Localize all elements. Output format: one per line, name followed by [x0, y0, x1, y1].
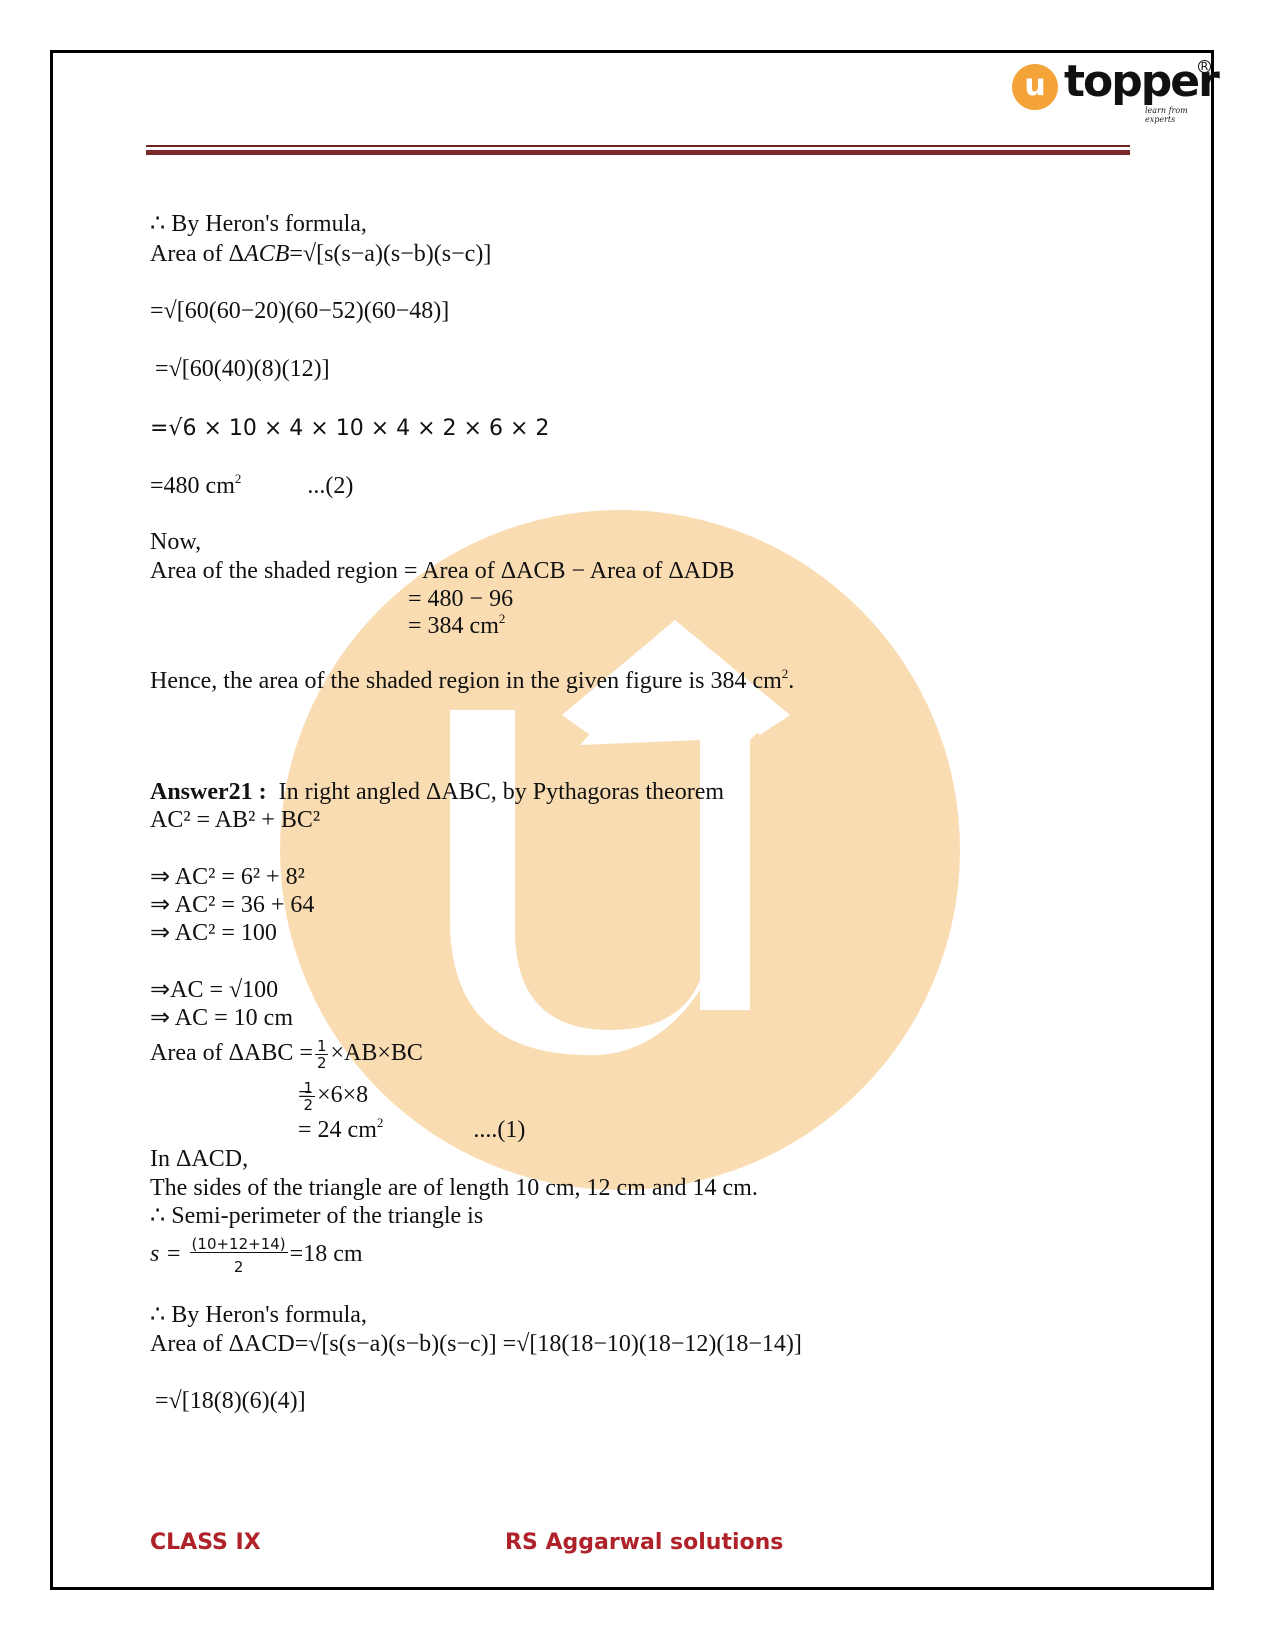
step-4: =480 cm2...(2): [150, 472, 353, 500]
area-abc-step-1: =12×6×8: [298, 1080, 368, 1113]
logo-mark-icon: u: [1012, 64, 1058, 110]
ac-value: ⇒ AC = 10 cm: [150, 1004, 293, 1032]
header-rule-thick: [146, 150, 1130, 155]
logo-tagline: learn from experts: [1145, 106, 1212, 124]
step-2: =√[60(40)(8)(12)]: [155, 355, 330, 383]
pythagoras-step-3: ⇒ AC² = 100: [150, 919, 277, 947]
shaded-step-2: = 384 cm2: [408, 612, 505, 640]
semi-perimeter-intro: ∴ Semi-perimeter of the triangle is: [150, 1202, 483, 1230]
logo-text: topper: [1064, 56, 1218, 107]
semi-perimeter-equation: s = (10+12+14)2=18 cm: [150, 1236, 363, 1275]
heron2-formula: Area of ΔACD=√[s(s−a)(s−b)(s−c)] =√[18(1…: [150, 1330, 802, 1358]
pythagoras-step-1: ⇒ AC² = 6² + 8²: [150, 863, 305, 891]
pythagoras-step-2: ⇒ AC² = 36 + 64: [150, 891, 314, 919]
utopper-watermark-icon: [280, 510, 960, 1190]
ac-sqrt: ⇒AC = √100: [150, 976, 278, 1004]
sides-statement: The sides of the triangle are of length …: [150, 1174, 758, 1202]
step-3: =√6 × 10 × 4 × 10 × 4 × 2 × 6 × 2: [150, 415, 549, 443]
in-acd: In ΔACD,: [150, 1145, 248, 1173]
area-abc-step-2: = 24 cm2....(1): [298, 1116, 525, 1144]
heron1-intro: ∴ By Heron's formula,: [150, 210, 367, 238]
area-abc-equation: Area of ΔABC =12×AB×BC: [150, 1038, 423, 1071]
footer-book-title: RS Aggarwal solutions: [505, 1530, 783, 1555]
heron2-intro: ∴ By Heron's formula,: [150, 1301, 367, 1329]
footer-class-label: CLASS IX: [150, 1530, 261, 1555]
heron2-step-1: =√[18(8)(6)(4)]: [155, 1387, 306, 1415]
utopper-logo: u topper R learn from experts: [1012, 62, 1212, 122]
shaded-area-equation: Area of the shaded region = Area of ΔACB…: [150, 557, 734, 585]
shaded-step-1: = 480 − 96: [408, 585, 513, 613]
heron1-formula: Area of ΔACB=√[s(s−a)(s−b)(s−c)]: [150, 240, 491, 268]
step-1: =√[60(60−20)(60−52)(60−48)]: [150, 297, 449, 325]
pythagoras-formula: AC² = AB² + BC²: [150, 806, 320, 834]
answer-21-heading: Answer21 : In right angled ΔABC, by Pyth…: [150, 778, 724, 806]
conclusion: Hence, the area of the shaded region in …: [150, 667, 794, 695]
header-rule-thin: [146, 145, 1130, 147]
now-label: Now,: [150, 528, 201, 556]
registered-icon: R: [1198, 60, 1211, 73]
